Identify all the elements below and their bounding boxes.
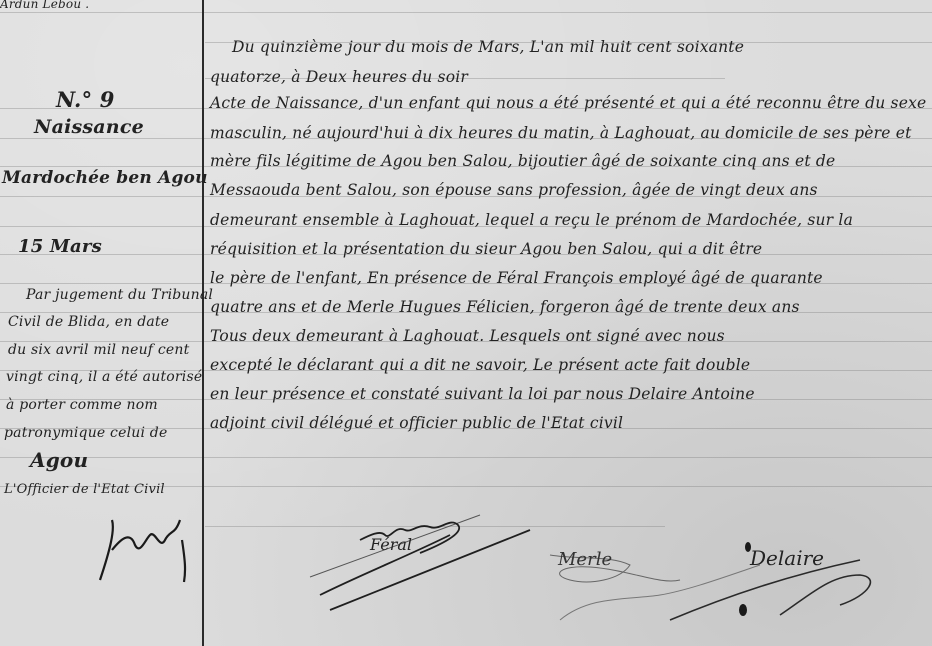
body-line: Acte de Naissance, d'un enfant qui nous … — [210, 94, 926, 112]
svg-text:Merle: Merle — [557, 549, 612, 570]
body-line: quatorze, à Deux heures du soir — [210, 68, 468, 86]
body-line: le père de l'enfant, En présence de Féra… — [210, 269, 823, 287]
record-type: Naissance — [34, 116, 144, 138]
officer-signature-mark — [90, 510, 200, 590]
margin-divider — [202, 0, 204, 646]
body-line: mère fils légitime de Agou ben Salou, bi… — [210, 152, 835, 170]
record-number: N.° 9 — [56, 87, 115, 112]
body-line: réquisition et la présentation du sieur … — [210, 240, 762, 258]
ruled-line — [0, 12, 932, 13]
ruled-line — [0, 457, 932, 458]
body-line: quatre ans et de Merle Hugues Félicien, … — [210, 298, 800, 316]
body-line: Messaouda bent Salou, son épouse sans pr… — [210, 181, 818, 199]
record-date: 15 Mars — [18, 236, 102, 257]
body-line: Tous deux demeurant à Laghouat. Lesquels… — [210, 327, 725, 345]
annotation-line: Par jugement du Tribunal — [26, 287, 213, 303]
annotation-officer: L'Officier de l'Etat Civil — [4, 482, 165, 497]
body-line: en leur présence et constaté suivant la … — [210, 385, 755, 403]
annotation-line: patronymique celui de — [4, 425, 167, 441]
annotation-line: du six avril mil neuf cent — [8, 342, 189, 358]
body-line: adjoint civil délégué et officier public… — [210, 414, 623, 432]
annotation-line: à porter comme nom — [6, 397, 158, 413]
body-line: Du quinzième jour du mois de Mars, L'an … — [232, 38, 744, 56]
body-line: masculin, né aujourd'hui à dix heures du… — [210, 124, 912, 142]
signature-feral: Féral — [300, 505, 560, 615]
annotation-line: Civil de Blida, en date — [8, 314, 169, 330]
svg-text:Féral: Féral — [369, 535, 412, 554]
body-line: demeurant ensemble à Laghouat, lequel a … — [210, 211, 853, 229]
register-page: Ardun Lebou . N.° 9 Naissance Mardochée … — [0, 0, 932, 646]
annotation-line: vingt cinq, il a été autorisé — [6, 369, 202, 385]
annotation-name: Agou — [30, 448, 88, 472]
child-name: Mardochée ben Agou — [2, 168, 208, 188]
signature-merle-delaire: Merle Delaire — [530, 525, 930, 646]
corner-note: Ardun Lebou . — [0, 0, 89, 11]
body-line: excepté le déclarant qui a dit ne savoir… — [210, 356, 750, 374]
svg-text:Delaire: Delaire — [749, 546, 824, 570]
